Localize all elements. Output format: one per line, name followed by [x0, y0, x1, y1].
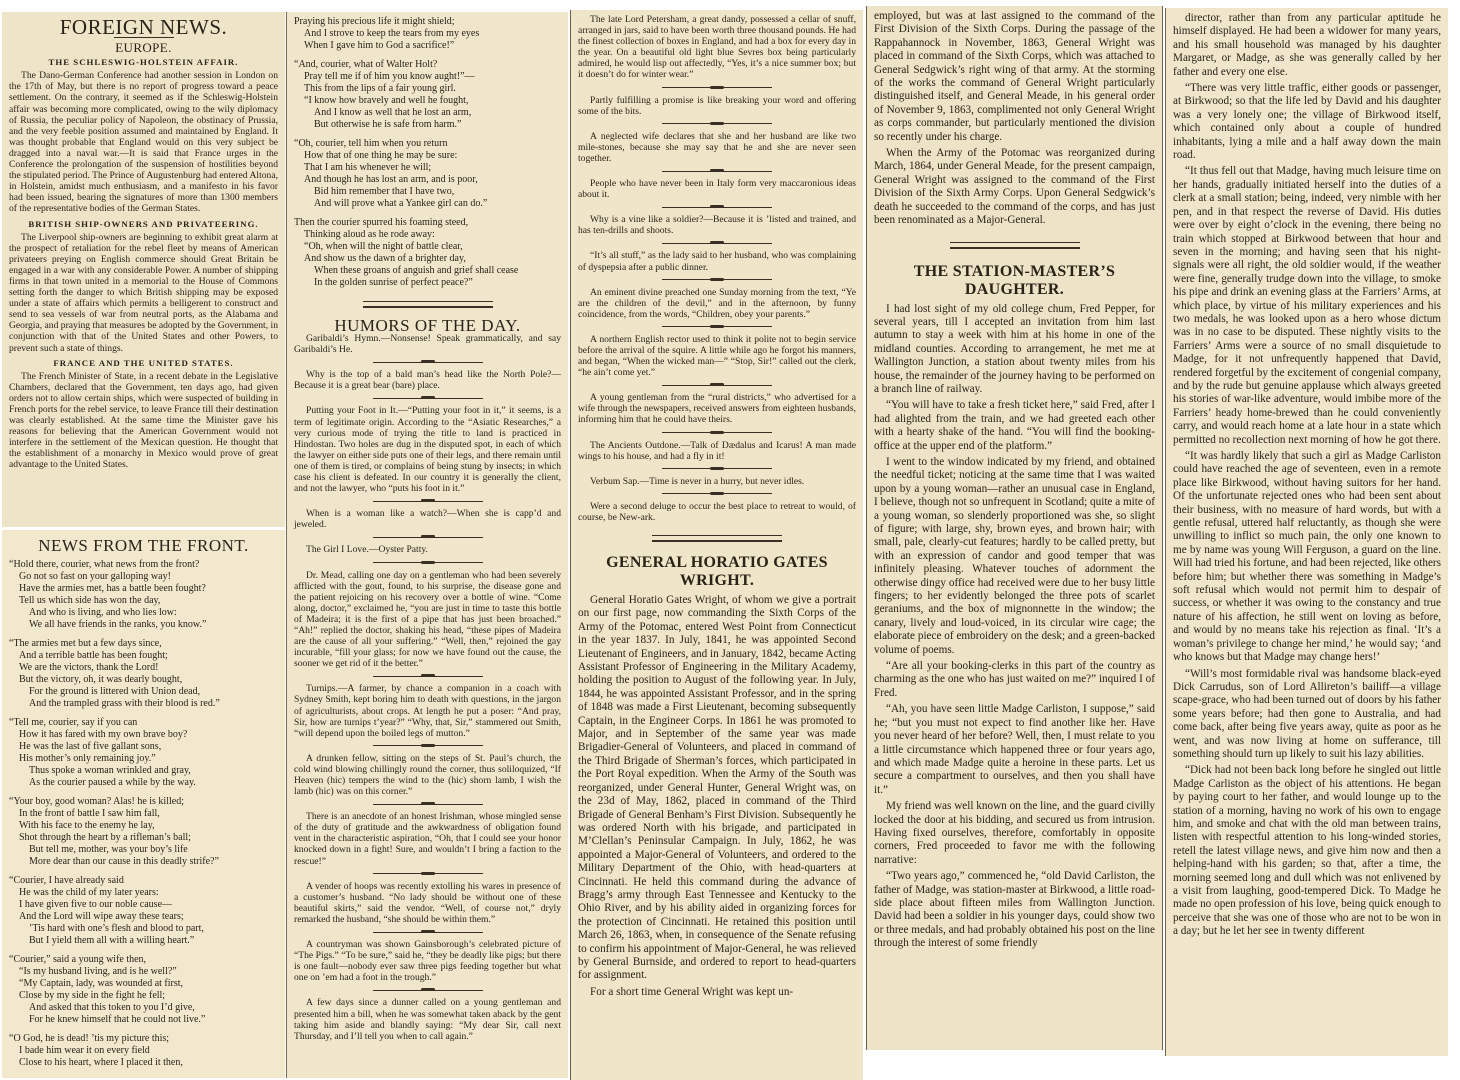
poem-stanza: Then the courier spurred his foaming ste…	[294, 217, 561, 289]
article-body: The French Minister of State, in a recen…	[9, 371, 278, 471]
humor-item: A young gentleman from the “rural distri…	[578, 392, 856, 425]
poem-stanza: “Your boy, good woman? Alas! he is kille…	[9, 796, 278, 868]
poem-line: “I know how bravely and well he fought,	[294, 95, 561, 107]
humor-items-continued: The late Lord Petersham, a great dandy, …	[578, 14, 856, 523]
poem-line: How that of one thing he may be sure:	[294, 150, 561, 162]
poem-line: In the golden sunrise of perfect peace?”	[294, 277, 561, 289]
poem-line: And show us the dawn of a brighter day,	[294, 253, 561, 265]
region-title-europe: EUROPE.	[9, 42, 278, 53]
ornamental-divider	[662, 123, 772, 125]
double-rule-divider	[950, 242, 1080, 249]
story-paragraph: “It thus fell out that Madge, having muc…	[1173, 165, 1441, 447]
article-heading: THE SCHLESWIG-HOLSTEIN AFFAIR.	[9, 57, 278, 68]
story-paragraph: “Two years ago,” commenced he, “old Davi…	[874, 870, 1155, 950]
story-paragraph: “Ah, you have seen little Madge Carlisto…	[874, 703, 1155, 797]
story-paragraph: I went to the window indicated by my fri…	[874, 456, 1155, 657]
story-paragraph: “Are all your booking-clerks in this par…	[874, 660, 1155, 700]
poem-stanza: “The armies met but a few days since,And…	[9, 638, 278, 710]
article-paragraph: General Horatio Gates Wright, of whom we…	[578, 594, 856, 983]
column-wright-and-story: employed, but was at last assigned to th…	[866, 6, 1163, 1050]
poem-line: More dear than our cause in this deadly …	[9, 856, 278, 868]
double-rule-divider	[652, 535, 782, 542]
humor-item: Why is the top of a bald man’s head like…	[294, 369, 561, 391]
article-body: The Liverpool ship-owners are beginning …	[9, 232, 278, 354]
humor-item: A vender of hoops was recently extolling…	[294, 881, 561, 925]
ornamental-divider	[373, 361, 483, 363]
article-paragraph: When the Army of the Potomac was reorgan…	[874, 147, 1155, 227]
story-paragraph: “Dick had not been back long before he s…	[1173, 764, 1441, 938]
poem-line: But otherwise he is safe from harm.”	[294, 119, 561, 131]
humor-item: An eminent divine preached one Sunday mo…	[578, 287, 856, 320]
poem-line: “Your boy, good woman? Alas! he is kille…	[9, 796, 278, 808]
poem-line: With his face to the enemy he lay,	[9, 820, 278, 832]
poem-line: His mother’s only remaining joy.”	[9, 753, 278, 765]
poem-stanzas: “Hold there, courier, what news from the…	[9, 559, 278, 1069]
story-paragraph: My friend was well known on the line, an…	[874, 800, 1155, 867]
poem-line: When I gave him to God a sacrifice!”	[294, 40, 561, 52]
humor-items: Garibaldi’s Hymn.—Nonsense! Speak gramma…	[294, 333, 561, 1042]
ornamental-divider	[662, 206, 772, 208]
article-body: The Dano-German Conference had another s…	[9, 70, 278, 214]
poem-line: He was the child of my later years:	[9, 887, 278, 899]
poem-line: “My Captain, lady, was wounded at first,	[9, 978, 278, 990]
poem-line: And a terrible battle has been fought;	[9, 650, 278, 662]
ornamental-divider	[373, 536, 483, 538]
poem-line: And I know as well that he lost an arm,	[294, 107, 561, 119]
poem-line: This from the lips of a fair young girl.	[294, 83, 561, 95]
humor-item: When is a woman like a watch?—When she i…	[294, 508, 561, 530]
poem-line: For he knew himself that he could not li…	[9, 1014, 278, 1026]
poem-line: And asked that this token to you I’d giv…	[9, 1002, 278, 1014]
humor-item: Why is a vine like a soldier?—Because it…	[578, 214, 856, 236]
ornamental-divider	[662, 170, 772, 172]
ornamental-divider	[373, 397, 483, 399]
ornamental-divider	[662, 279, 772, 281]
poem-line: ’Tis hard with one’s flesh and blood to …	[9, 923, 278, 935]
humor-item: People who have never been in Italy form…	[578, 178, 856, 200]
poem-title: NEWS FROM THE FRONT.	[9, 540, 278, 551]
poem-line: “Courier, I have already said	[9, 875, 278, 887]
story-paragraphs: I had lost sight of my old college chum,…	[874, 303, 1155, 951]
section-title-foreign-news: FOREIGN NEWS.	[9, 22, 278, 33]
column-story-continued: director, rather than from any particula…	[1165, 8, 1448, 1056]
article-title-wright: GENERAL HORATIO GATES WRIGHT.	[582, 554, 852, 590]
humor-item: The Ancients Outdone.—Talk of Dædalus an…	[578, 440, 856, 462]
poem-line: We are the victors, thank the Lord!	[9, 662, 278, 674]
humors-title: HUMORS OF THE DAY.	[294, 320, 561, 331]
poem-line: “Courier,” said a young wife then,	[9, 954, 278, 966]
poem-line: For the ground is littered with Union de…	[9, 686, 278, 698]
humor-item: A neglected wife declares that she and h…	[578, 131, 856, 164]
poem-line: Shot through the heart by a rifleman’s b…	[9, 832, 278, 844]
poem-line: How it has fared with my own brave boy?	[9, 729, 278, 741]
column-humors-and-wright: The late Lord Petersham, a great dandy, …	[570, 10, 863, 1080]
poem-line: Have the armies met, has a battle been f…	[9, 583, 278, 595]
poem-stanzas-continued: Praying his precious life it might shiel…	[294, 16, 561, 289]
humor-item: A few days since a dunner called on a yo…	[294, 997, 561, 1041]
story-title: THE STATION-MASTER’S DAUGHTER.	[878, 263, 1151, 299]
poem-line: “O God, he is dead! ’tis my picture this…	[9, 1033, 278, 1045]
story-paragraph: I had lost sight of my old college chum,…	[874, 303, 1155, 397]
story-paragraph: director, rather than from any particula…	[1173, 12, 1441, 79]
humor-item: Garibaldi’s Hymn.—Nonsense! Speak gramma…	[294, 333, 561, 355]
humor-item: A countryman was shown Gainsborough’s ce…	[294, 939, 561, 983]
column-poem-and-humors: Praying his precious life it might shiel…	[286, 12, 568, 1078]
poem-line: Praying his precious life it might shiel…	[294, 16, 561, 28]
ornamental-divider	[373, 562, 483, 564]
poem-line: And the trampled grass with their blood …	[9, 698, 278, 710]
poem-line: “Oh, when will the night of battle clear…	[294, 241, 561, 253]
poem-line: I bade him wear it on every field	[9, 1045, 278, 1057]
poem-stanza: “And, courier, what of Walter Holt?Pray …	[294, 59, 561, 131]
ornamental-divider	[662, 493, 772, 495]
humor-item: Putting your Foot in It.—“Putting your f…	[294, 405, 561, 494]
poem-line: Thus spoke a woman wrinkled and gray,	[9, 765, 278, 777]
humor-item: Turnips.—A farmer, by chance a companion…	[294, 683, 561, 738]
poem-line: “Oh, courier, tell him when you return	[294, 138, 561, 150]
poem-line: Tell us which side has won the day,	[9, 595, 278, 607]
poem-line: Close to his heart, where I placed it th…	[9, 1057, 278, 1069]
poem-stanza: “Courier, I have already saidHe was the …	[9, 875, 278, 947]
poem-line: But tell me, mother, was your boy’s life	[9, 844, 278, 856]
humor-item: A drunken fellow, sitting on the steps o…	[294, 753, 561, 797]
poem-line: And who is living, and who lies low:	[9, 607, 278, 619]
poem-line: And though he has lost an arm, and is po…	[294, 174, 561, 186]
ornamental-divider	[373, 675, 483, 677]
story-paragraph: “It was hardly likely that such a girl a…	[1173, 450, 1441, 665]
poem-stanza: “Oh, courier, tell him when you returnHo…	[294, 138, 561, 210]
humor-item: Were a second deluge to occur the best p…	[578, 501, 856, 523]
poem-line: “Is my husband living, and is he well?”	[9, 966, 278, 978]
poem-line: “Tell me, courier, say if you can	[9, 717, 278, 729]
column-poem: NEWS FROM THE FRONT. “Hold there, courie…	[2, 530, 285, 1078]
humor-item: The late Lord Petersham, a great dandy, …	[578, 14, 856, 81]
poem-line: Go not so fast on your galloping way!	[9, 571, 278, 583]
poem-line: Close by my side in the fight he fell;	[9, 990, 278, 1002]
poem-stanza: Praying his precious life it might shiel…	[294, 16, 561, 52]
poem-stanza: “Courier,” said a young wife then,“Is my…	[9, 954, 278, 1026]
poem-stanza: “Tell me, courier, say if you canHow it …	[9, 717, 278, 789]
poem-line: That I am his whenever he will;	[294, 162, 561, 174]
humor-item: Dr. Mead, calling one day on a gentleman…	[294, 570, 561, 670]
story-paragraph: “Will’s most formidable rival was handso…	[1173, 668, 1441, 762]
column-foreign-news: FOREIGN NEWS. EUROPE. THE SCHLESWIG-HOLS…	[2, 12, 285, 527]
humor-item: “It’s all stuff,” as the lady said to he…	[578, 250, 856, 272]
poem-line: I have given five to our noble cause—	[9, 899, 278, 911]
ornamental-divider	[662, 242, 772, 244]
poem-line: And will prove what a Yankee girl can do…	[294, 198, 561, 210]
poem-line: But I yield them all with a willing hear…	[9, 935, 278, 947]
poem-line: But the victory, oh, it was dearly bough…	[9, 674, 278, 686]
poem-stanza: “Hold there, courier, what news from the…	[9, 559, 278, 631]
ornamental-divider	[662, 326, 772, 328]
ornamental-divider	[373, 931, 483, 933]
article-heading: FRANCE AND THE UNITED STATES.	[9, 358, 278, 369]
story-paragraph: “You will have to take a fresh ticket he…	[874, 399, 1155, 453]
story-paragraph: “There was very little traffic, either g…	[1173, 82, 1441, 162]
poem-line: Bid him remember that I have two,	[294, 186, 561, 198]
ornamental-divider	[662, 468, 772, 470]
poem-line: We all have friends in the ranks, you kn…	[9, 619, 278, 631]
humor-item: A northern English rector used to think …	[578, 334, 856, 378]
ornamental-divider	[373, 745, 483, 747]
ornamental-divider	[373, 500, 483, 502]
poem-line: He was the last of five gallant sons,	[9, 741, 278, 753]
double-rule-divider	[363, 301, 493, 308]
poem-line: “And, courier, what of Walter Holt?	[294, 59, 561, 71]
article-heading: BRITISH SHIP-OWNERS AND PRIVATEERING.	[9, 219, 278, 230]
humor-item: Partly fulfilling a promise is like brea…	[578, 95, 856, 117]
humor-item: Verbum Sap.—Time is never in a hurry, bu…	[578, 476, 856, 487]
ornamental-divider	[662, 384, 772, 386]
poem-line: “Hold there, courier, what news from the…	[9, 559, 278, 571]
ornamental-divider	[373, 873, 483, 875]
poem-line: “The armies met but a few days since,	[9, 638, 278, 650]
article-paragraph: employed, but was at last assigned to th…	[874, 10, 1155, 144]
poem-line: As the courier paused a while by the way…	[9, 777, 278, 789]
ornamental-divider	[373, 803, 483, 805]
poem-line: When these groans of anguish and grief s…	[294, 265, 561, 277]
article-paragraph: For a short time General Wright was kept…	[578, 986, 856, 999]
ornamental-divider	[662, 87, 772, 89]
humor-item: The Girl I Love.—Oyster Patty.	[294, 544, 561, 555]
poem-stanza: “O God, he is dead! ’tis my picture this…	[9, 1033, 278, 1069]
poem-line: And I strove to keep the tears from my e…	[294, 28, 561, 40]
poem-line: In the front of battle I saw him fall,	[9, 808, 278, 820]
ornamental-divider	[662, 432, 772, 434]
ornamental-divider	[373, 989, 483, 991]
humor-item: There is an anecdote of an honest Irishm…	[294, 811, 561, 866]
poem-line: Thinking aloud as he rode away:	[294, 229, 561, 241]
poem-line: And the Lord will wipe away these tears;	[9, 911, 278, 923]
story-paragraphs-continued: director, rather than from any particula…	[1173, 12, 1441, 939]
poem-line: Then the courier spurred his foaming ste…	[294, 217, 561, 229]
poem-line: Pray tell me if of him you know aught!”—	[294, 71, 561, 83]
